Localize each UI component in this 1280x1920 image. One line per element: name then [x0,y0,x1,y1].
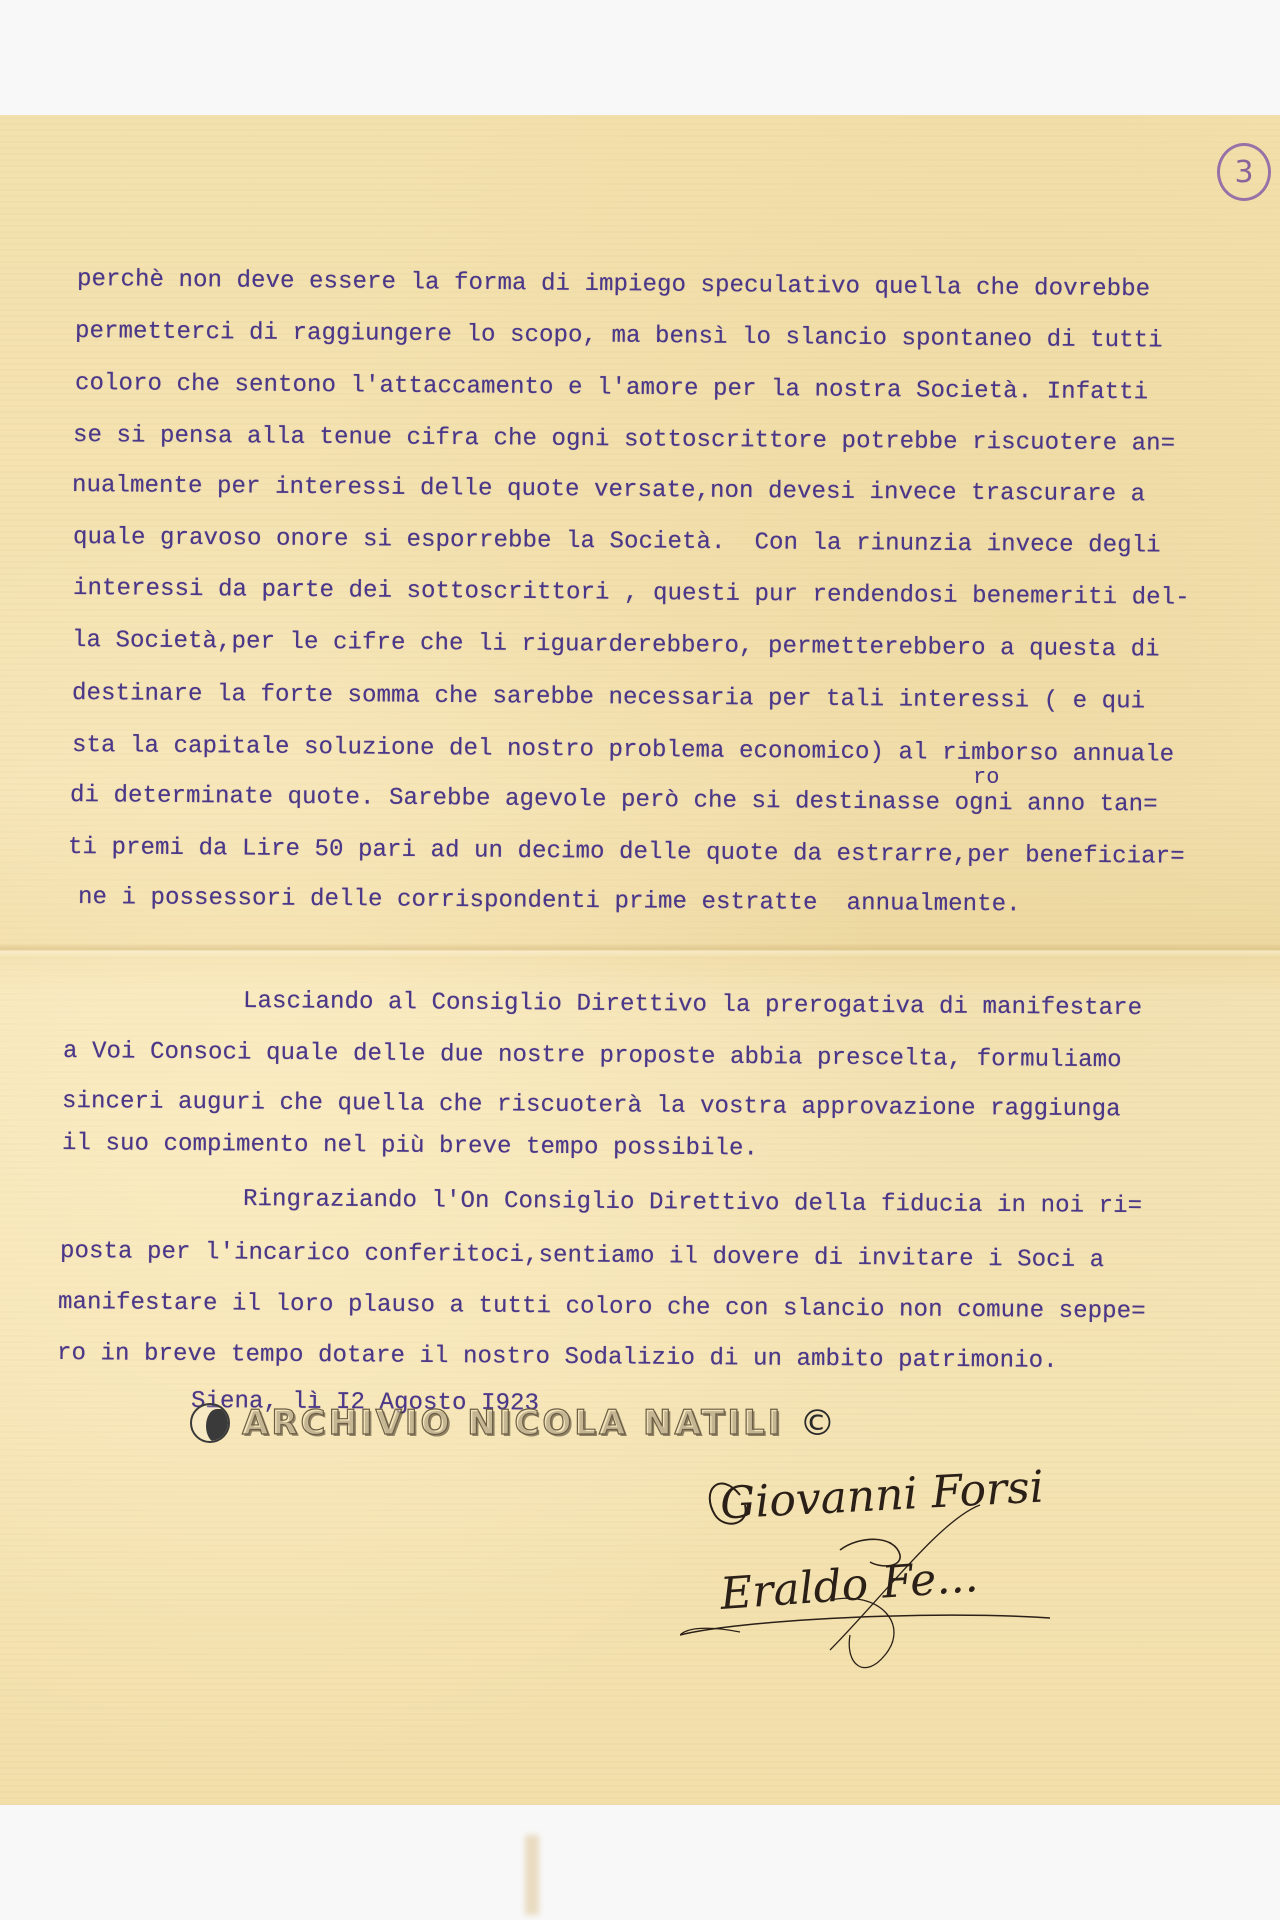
archive-watermark: ARCHIVIO NICOLA NATILI © [190,1398,835,1448]
paper-fold-crease [0,943,1280,957]
copyright-icon: © [799,1403,835,1444]
body-line: il suo compimento nel più breve tempo po… [62,1130,758,1163]
interlinear-insertion: ro [973,765,999,790]
signatures-block: Giovanni Forsi Eraldo Fe... [680,1450,1160,1690]
page-number-stamp: 3 [1217,143,1271,201]
watermark-text: ARCHIVIO NICOLA NATILI [242,1403,783,1443]
paper-stain [525,1835,539,1915]
page-number: 3 [1234,155,1253,190]
archive-logo-icon [190,1403,230,1443]
